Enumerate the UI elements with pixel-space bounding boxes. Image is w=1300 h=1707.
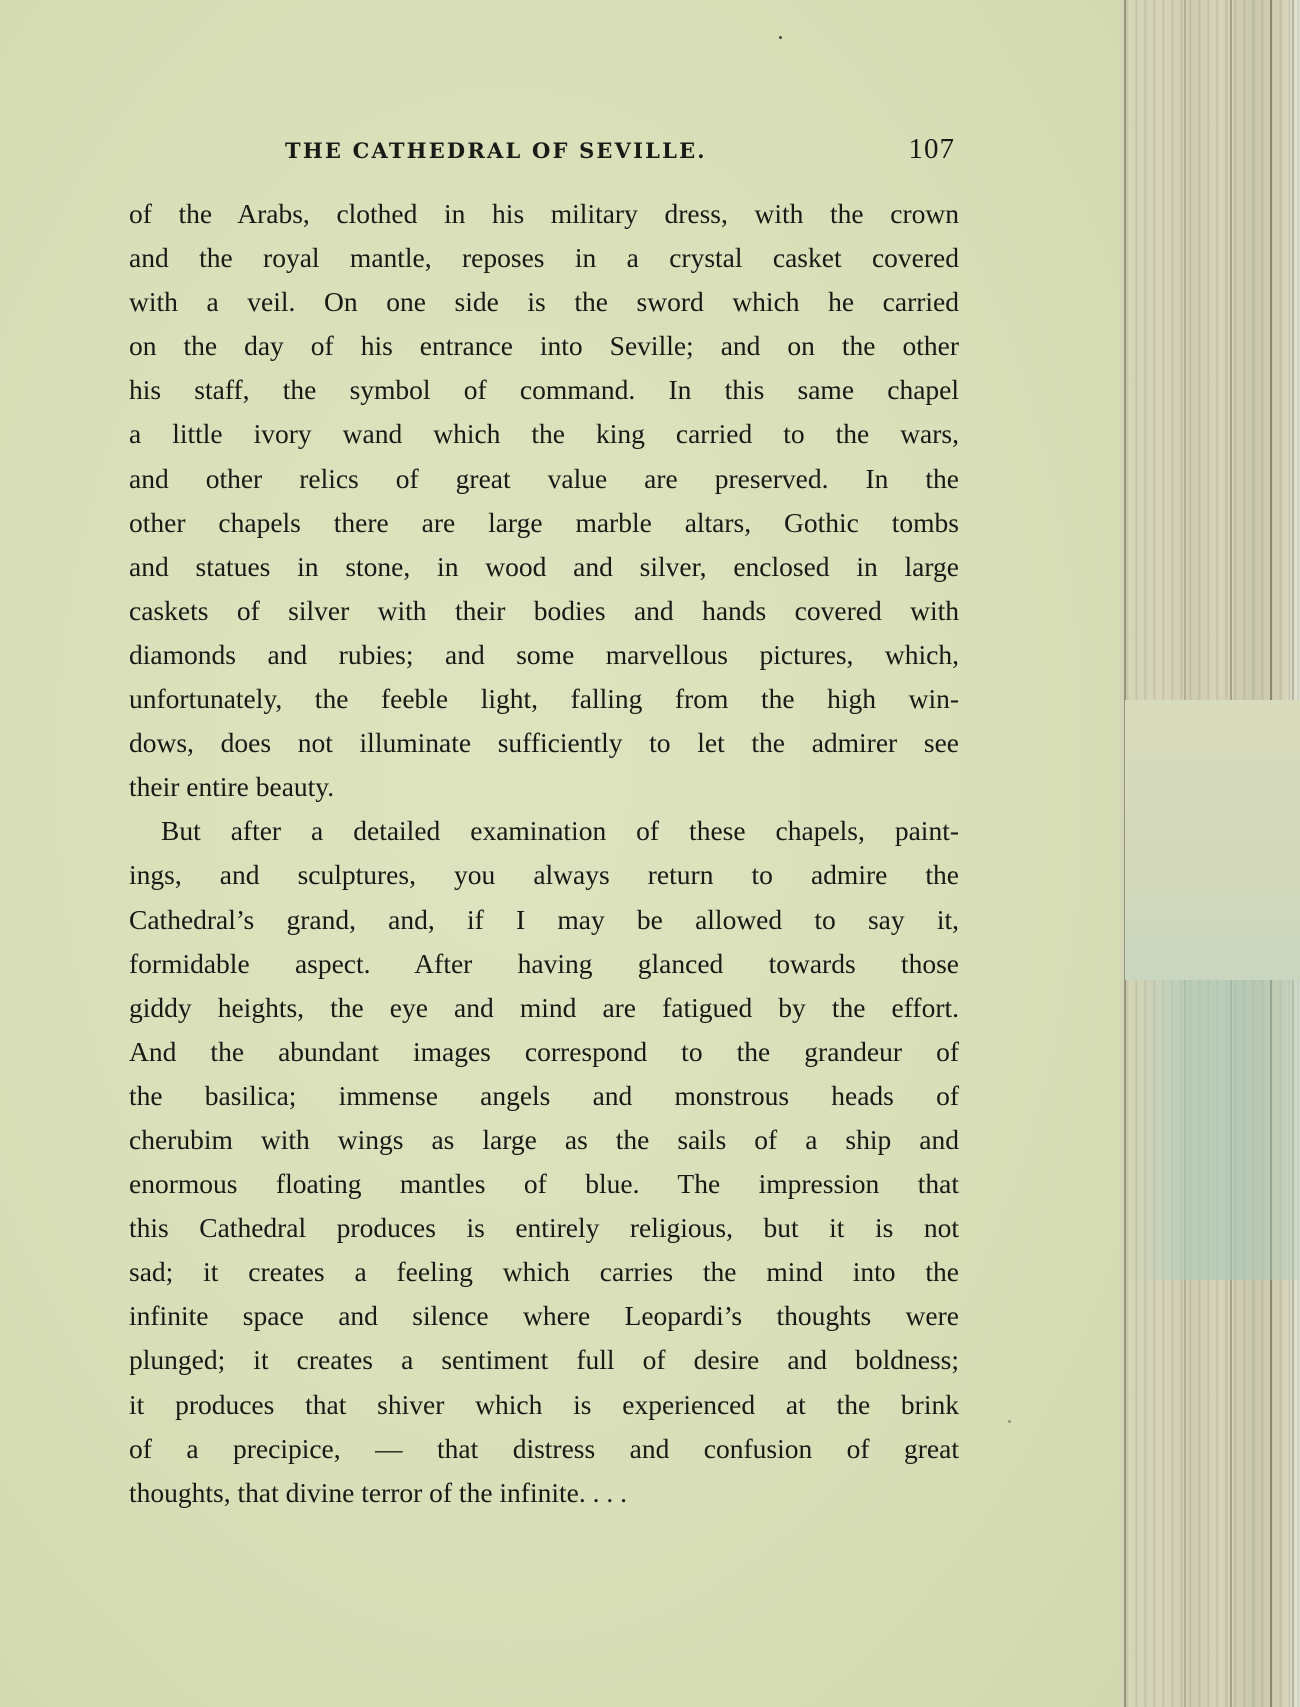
text-line: plunged; it creates a sentiment full of … [129, 1338, 959, 1382]
text-line: sad; it creates a feeling which carries … [129, 1250, 959, 1294]
text-line: dows, does not illuminate sufficiently t… [129, 721, 959, 765]
text-line: thoughts, that divine terror of the infi… [129, 1471, 959, 1515]
text-line: cherubim with wings as large as the sail… [129, 1118, 959, 1162]
text-line: and other relics of great value are pres… [129, 457, 959, 501]
text-line: And the abundant images correspond to th… [129, 1030, 959, 1074]
text-line: their entire beauty. [129, 765, 959, 809]
paragraph-2: But after a detailed examination of thes… [129, 809, 959, 1515]
text-line: of a precipice, — that distress and conf… [129, 1427, 959, 1471]
text-line: and statues in stone, in wood and silver… [129, 545, 959, 589]
text-line: ings, and sculptures, you always return … [129, 853, 959, 897]
text-line: enormous floating mantles of blue. The i… [129, 1162, 959, 1206]
paper-speck [1008, 1420, 1011, 1423]
text-line: on the day of his entrance into Seville;… [129, 324, 959, 368]
text-line: diamonds and rubies; and some marvellous… [129, 633, 959, 677]
text-line: this Cathedral produces is entirely reli… [129, 1206, 959, 1250]
body-text: of the Arabs, clothed in his military dr… [129, 192, 959, 1515]
paper-speck [779, 36, 782, 39]
text-line: the basilica; immense angels and monstro… [129, 1074, 959, 1118]
text-line: unfortunately, the feeble light, falling… [129, 677, 959, 721]
running-head-title: THE CATHEDRAL OF SEVILLE. [285, 138, 707, 163]
text-line: it produces that shiver which is experie… [129, 1383, 959, 1427]
running-head: THE CATHEDRAL OF SEVILLE. 107 [285, 133, 955, 173]
text-line: caskets of silver with their bodies and … [129, 589, 959, 633]
text-line: formidable aspect. After having glanced … [129, 942, 959, 986]
text-line: infinite space and silence where Leopard… [129, 1294, 959, 1338]
text-line: his staff, the symbol of command. In thi… [129, 368, 959, 412]
paragraph-1: of the Arabs, clothed in his military dr… [129, 192, 959, 809]
text-line: with a veil. On one side is the sword wh… [129, 280, 959, 324]
text-line: and the royal mantle, reposes in a cryst… [129, 236, 959, 280]
page-number: 107 [909, 133, 956, 166]
text-line: of the Arabs, clothed in his military dr… [129, 192, 959, 236]
text-line: a little ivory wand which the king carri… [129, 412, 959, 456]
text-line: other chapels there are large marble alt… [129, 501, 959, 545]
page-edge-tint [1130, 980, 1300, 1280]
text-line: Cathedral’s grand, and, if I may be allo… [129, 898, 959, 942]
text-line: But after a detailed examination of thes… [129, 809, 959, 853]
text-line: giddy heights, the eye and mind are fati… [129, 986, 959, 1030]
page-edge-glare [1125, 700, 1300, 980]
